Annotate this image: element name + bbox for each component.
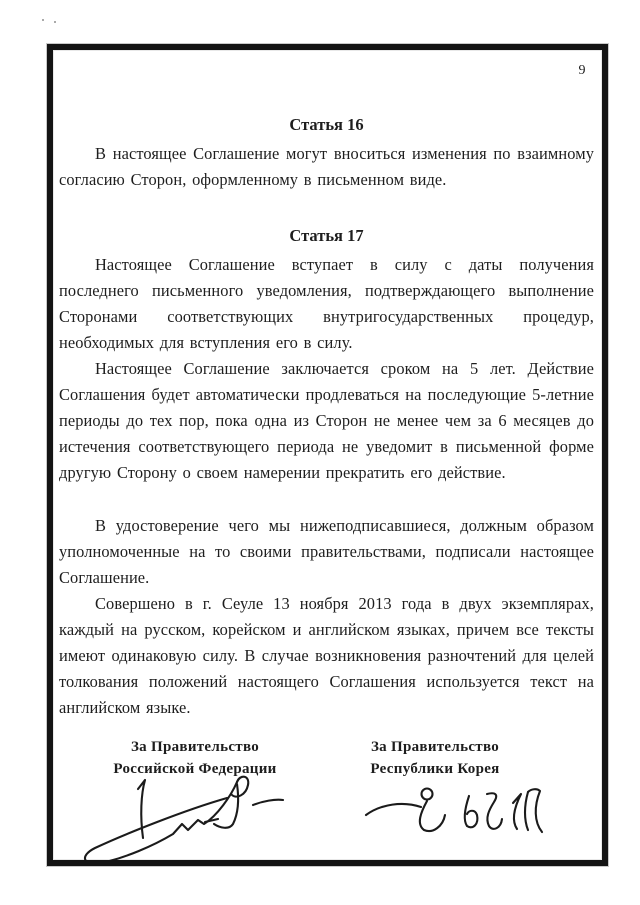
article-17-heading: Статья 17: [59, 226, 594, 246]
scan-page-frame: 9 Статья 16 В настоящее Соглашение могут…: [47, 44, 608, 866]
russia-handwritten-signature-icon: [81, 772, 287, 860]
done-at-paragraph: Совершено в г. Сеуле 13 ноября 2013 года…: [59, 591, 594, 721]
russia-signatory-label-line2: Российской Федерации: [79, 758, 311, 780]
article-17-paragraph-2: Настоящее Соглашение заключается сроком …: [59, 356, 594, 486]
attestation-paragraph: В удостоверение чего мы нижеподписавшиес…: [59, 513, 594, 591]
article-16-paragraph: В настоящее Соглашение могут вноситься и…: [59, 141, 594, 193]
signature-block-russia: За Правительство Российской Федерации: [79, 736, 311, 860]
korea-signatory-label-line1: За Правительство: [335, 736, 535, 758]
page-number: 9: [59, 50, 594, 79]
article-16-heading: Статья 16: [59, 115, 594, 135]
signature-section: За Правительство Российской Федерации За…: [59, 736, 594, 860]
scan-noise-dot: [54, 21, 56, 23]
article-17-paragraph-1: Настоящее Соглашение вступает в силу с д…: [59, 252, 594, 356]
korea-signatory-label-line2: Республики Корея: [335, 758, 535, 780]
korea-handwritten-signature-icon: [361, 782, 551, 842]
russia-signatory-label-line1: За Правительство: [79, 736, 311, 758]
page-content: 9 Статья 16 В настоящее Соглашение могут…: [53, 50, 602, 860]
signature-block-korea: За Правительство Республики Корея: [335, 736, 535, 860]
scan-noise-dot: [42, 19, 44, 21]
